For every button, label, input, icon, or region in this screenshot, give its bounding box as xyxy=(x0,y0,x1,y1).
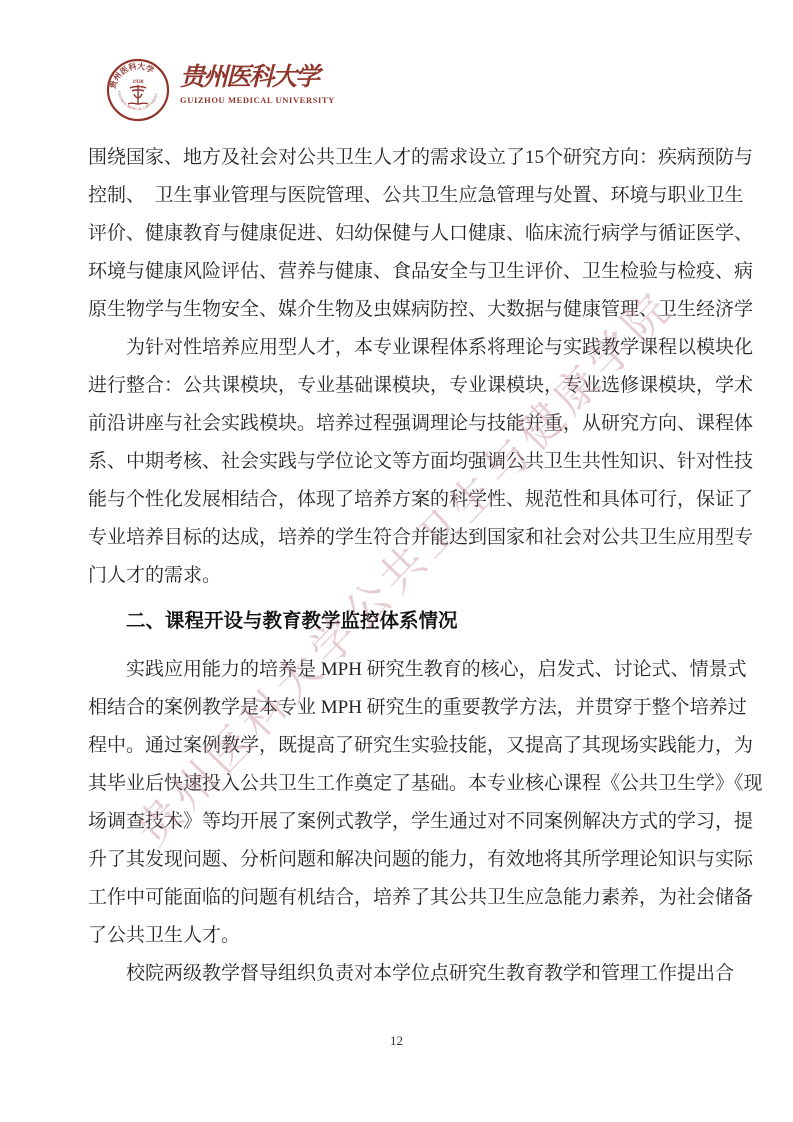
seal-top-text: 贵州医科大学 xyxy=(107,61,156,90)
text-line: 围绕国家、地方及社会对公共卫生人才的需求设立了15个研究方向：疾病预防与 xyxy=(88,139,706,177)
text-line: 程中。通过案例教学，既提高了研究生实验技能，又提高了其现场实践能力，为 xyxy=(88,727,706,765)
text-line: 了公共卫生人才。 xyxy=(88,917,706,955)
text-line: 其毕业后快速投入公共卫生工作奠定了基础。本专业核心课程《公共卫生学》《现 xyxy=(88,765,706,803)
section-heading: 二、课程开设与教育教学监控体系情况 xyxy=(88,603,706,641)
university-seal-icon: 贵州医科大学 1938 GUIZHOU MEDICAL UNIVERSITY xyxy=(106,58,170,122)
seal-year: 1938 xyxy=(133,79,144,85)
text-line: 系、中期考核、社会实践与学位论文等方面均强调公共卫生共性知识、针对性技 xyxy=(88,443,706,481)
page-header: 贵州医科大学 1938 GUIZHOU MEDICAL UNIVERSITY 贵… xyxy=(106,58,335,122)
text-line: 控制、 卫生事业管理与医院管理、公共卫生应急管理与处置、环境与职业卫生 xyxy=(88,177,706,215)
text-line: 环境与健康风险评估、营养与健康、食品安全与卫生评价、卫生检验与检疫、病 xyxy=(88,253,706,291)
caduceus-icon xyxy=(128,85,148,104)
text-line: 校院两级教学督导组织负责对本学位点研究生教育教学和管理工作提出合 xyxy=(88,955,706,993)
text-line: 评价、健康教育与健康促进、妇幼保健与人口健康、临床流行病学与循证医学、 xyxy=(88,215,706,253)
text-line: 相结合的案例教学是本专业 MPH 研究生的重要教学方法，并贯穿于整个培养过 xyxy=(88,689,706,727)
university-name-chinese: 贵州医科大学 xyxy=(180,64,335,92)
text-line: 前沿讲座与社会实践模块。培养过程强调理论与技能并重，从研究方向、课程体 xyxy=(88,405,706,443)
text-line: 升了其发现问题、分析问题和解决问题的能力，有效地将其所学理论知识与实际 xyxy=(88,841,706,879)
text-line: 工作中可能面临的问题有机结合，培养了其公共卫生应急能力素养，为社会储备 xyxy=(88,879,706,917)
document-page: 贵州医科大学 1938 GUIZHOU MEDICAL UNIVERSITY 贵… xyxy=(0,0,793,1122)
text-line: 能与个性化发展相结合，体现了培养方案的科学性、规范性和具体可行，保证了 xyxy=(88,481,706,519)
page-number: 12 xyxy=(390,1033,403,1048)
text-line: 实践应用能力的培养是 MPH 研究生教育的核心，启发式、讨论式、情景式 xyxy=(88,651,706,689)
document-body: 围绕国家、地方及社会对公共卫生人才的需求设立了15个研究方向：疾病预防与控制、 … xyxy=(88,139,706,993)
text-line: 进行整合：公共课模块，专业基础课模块，专业课模块，专业选修课模块，学术 xyxy=(88,367,706,405)
text-line: 专业培养目标的达成，培养的学生符合并能达到国家和社会对公共卫生应用型专 xyxy=(88,519,706,557)
svg-text:贵州医科大学: 贵州医科大学 xyxy=(107,61,156,90)
text-line: 门人才的需求。 xyxy=(88,557,706,595)
text-line: 原生物学与生物安全、媒介生物及虫媒病防控、大数据与健康管理、卫生经济学 xyxy=(88,291,706,329)
university-brand: 贵州医科大学 GUIZHOU MEDICAL UNIVERSITY xyxy=(180,58,335,105)
text-line: 为针对性培养应用型人才，本专业课程体系将理论与实践教学课程以模块化 xyxy=(88,329,706,367)
text-line: 场调查技术》等均开展了案例式教学，学生通过对不同案例解决方式的学习，提 xyxy=(88,803,706,841)
page-footer: 12 xyxy=(0,1033,793,1049)
university-name-english: GUIZHOU MEDICAL UNIVERSITY xyxy=(180,95,335,105)
